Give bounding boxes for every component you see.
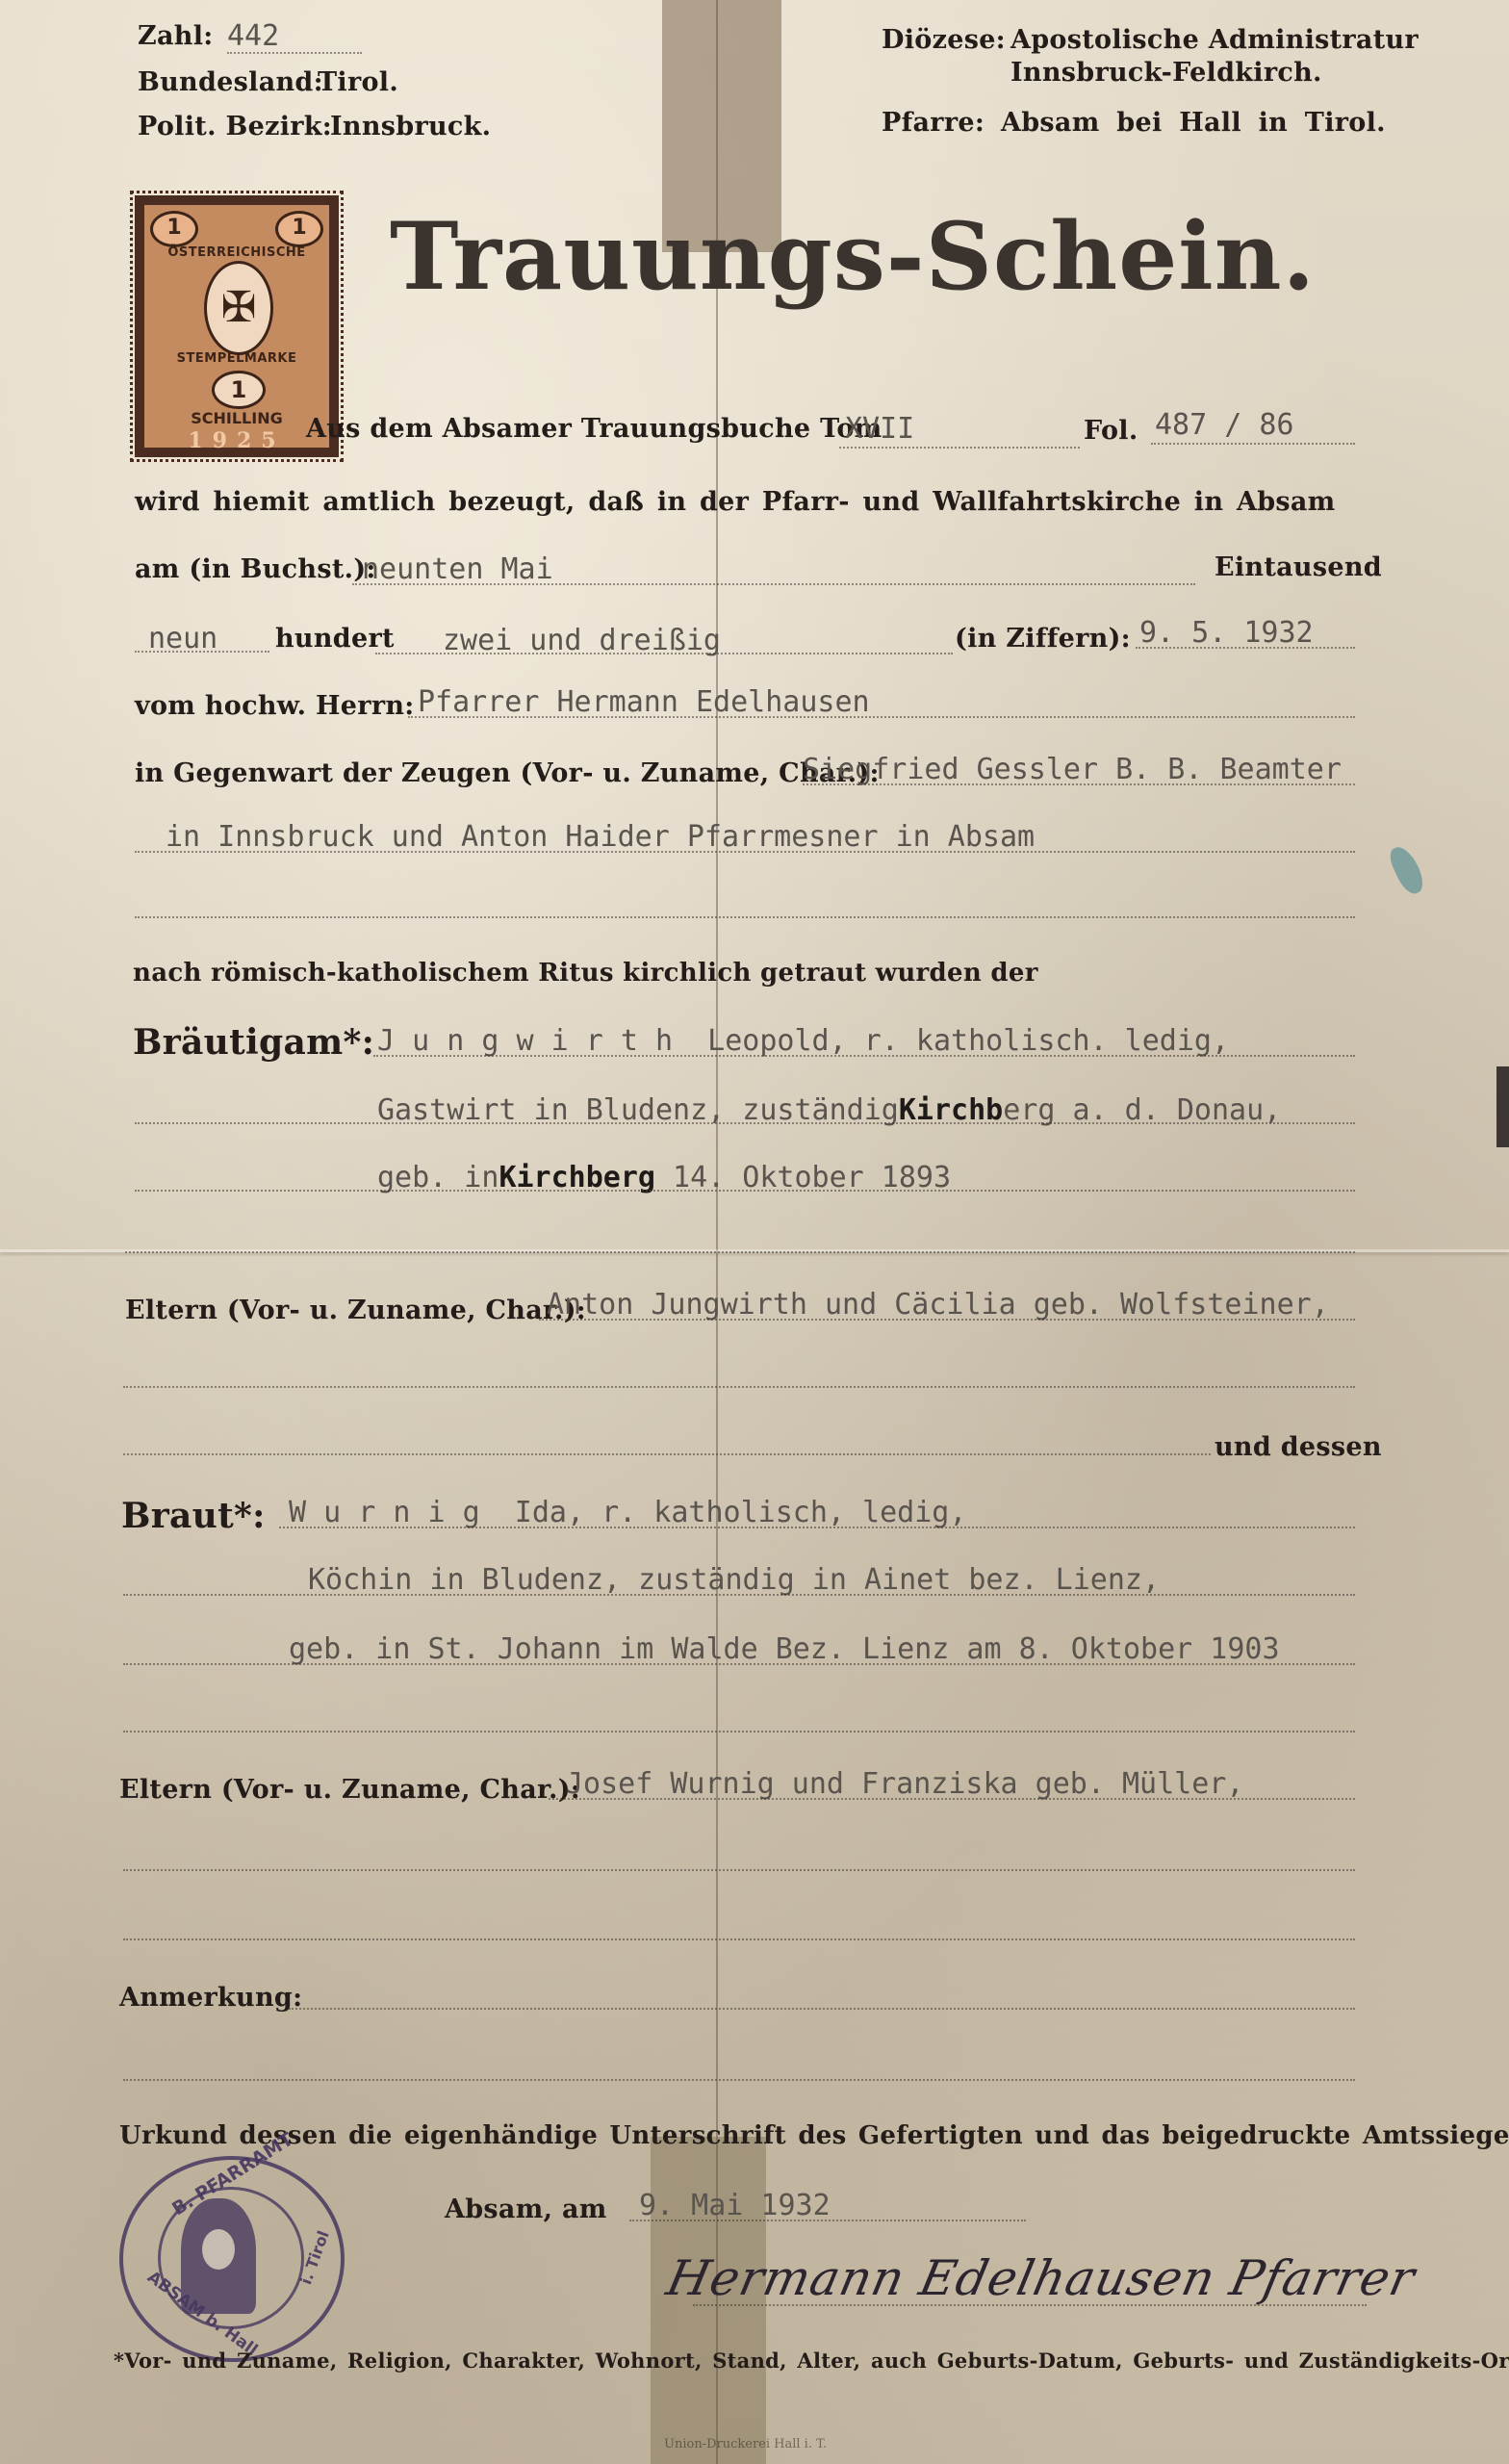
stamp-text-top: ÖSTERREICHISCHE xyxy=(144,245,329,260)
stamp-text-bottom: STEMPELMARKE xyxy=(144,351,329,366)
bride-line1: W u r n i g Ida, r. katholisch, ledig, xyxy=(289,1496,966,1529)
pfarre-label: Pfarre: xyxy=(882,108,985,138)
pfarre-value: Absam bei Hall in Tirol. xyxy=(1001,108,1386,138)
bride-dotline3 xyxy=(123,1663,1355,1665)
bride-dotline1 xyxy=(279,1527,1355,1528)
printer-mark: Union-Druckerei Hall i. T. xyxy=(664,2437,827,2451)
bundesland-label: Bundesland: xyxy=(138,67,323,97)
footnote: *Vor- und Zuname, Religion, Charakter, W… xyxy=(114,2348,1509,2373)
witnesses-line1: Siegfried Gessler B. B. Beamter xyxy=(803,753,1342,786)
anmerkung-label: Anmerkung: xyxy=(119,1983,302,2013)
fol-value: 487 / 86 xyxy=(1155,408,1294,442)
bezirk-label: Polit. Bezirk: xyxy=(138,112,332,141)
tom-value: XVII xyxy=(845,412,914,446)
anmerkung-line2 xyxy=(123,2079,1355,2081)
document-title: Trauungs-Schein. xyxy=(390,202,1316,311)
rite-line: nach römisch-katholischem Ritus kirchlic… xyxy=(133,959,1038,988)
groom-parents-line2 xyxy=(123,1386,1355,1388)
groom-dotline4 xyxy=(125,1251,1355,1253)
attest-line: wird hiemit amtlich bezeugt, daß in der … xyxy=(135,487,1336,517)
eagle-icon: ✠ xyxy=(204,261,273,355)
zahl-line xyxy=(227,52,362,54)
bezirk-value: Innsbruck. xyxy=(330,112,491,141)
bride-label: Braut*: xyxy=(121,1496,266,1536)
stamp-corner-right: 1 xyxy=(275,211,323,247)
witnesses-label: in Gegenwart der Zeugen (Vor- u. Zuname,… xyxy=(135,758,880,788)
place-date-value: 9. Mai 1932 xyxy=(639,2189,831,2222)
bride-parents-line xyxy=(549,1798,1355,1800)
place-date-line xyxy=(629,2220,1026,2221)
dioezese-line1: Apostolische Administratur xyxy=(1010,25,1419,55)
und-dessen-label: und dessen xyxy=(1215,1432,1382,1462)
officiant-label: vom hochw. Herrn: xyxy=(135,691,415,721)
anmerkung-line1 xyxy=(289,2008,1355,2010)
edge-shadow xyxy=(1496,1066,1509,1147)
groom-line1: J u n g w i r t h Leopold, r. katholisch… xyxy=(377,1024,1229,1058)
witnesses-line2: in Innsbruck und Anton Haider Pfarrmesne… xyxy=(166,820,1035,854)
tom-line xyxy=(839,447,1080,449)
bride-line3: geb. in St. Johann im Walde Bez. Lienz a… xyxy=(289,1632,1280,1666)
bride-parents-value: Josef Wurnig und Franziska geb. Müller, xyxy=(566,1767,1243,1801)
officiant-line xyxy=(408,716,1355,718)
date-digits-label: (in Ziffern): xyxy=(955,624,1131,654)
groom-parents-value: Anton Jungwirth und Cäcilia geb. Wolfste… xyxy=(547,1288,1329,1322)
bundesland-value: Tirol. xyxy=(318,67,398,97)
dioezese-label: Diözese: xyxy=(882,25,1006,55)
date-digits-line xyxy=(1136,647,1355,649)
eintausend-label: Eintausend xyxy=(1215,552,1382,582)
fol-label: Fol. xyxy=(1084,416,1138,446)
priest-signature: Hermann Edelhausen Pfarrer xyxy=(662,2250,1420,2306)
date-words-label: am (in Buchst.): xyxy=(135,554,376,584)
stamp-denomination: 1 xyxy=(212,371,266,409)
signature-line xyxy=(693,2304,1367,2306)
bride-parents-line2 xyxy=(123,1869,1355,1871)
witnesses-dotline2 xyxy=(135,851,1355,853)
year-rest-line xyxy=(375,653,953,654)
groom-parents-line3 xyxy=(123,1453,1211,1455)
witnesses-dotline1 xyxy=(803,783,1355,785)
bride-parents-line3 xyxy=(123,1938,1355,1940)
madonna-face xyxy=(202,2229,235,2270)
bride-parents-label: Eltern (Vor- u. Zuname, Char.): xyxy=(119,1775,580,1805)
register-prefix: Aus dem Absamer Trauungsbuche Tom xyxy=(306,414,882,444)
vertical-fold-line xyxy=(716,0,718,2464)
groom-parents-label: Eltern (Vor- u. Zuname, Char.): xyxy=(125,1296,586,1325)
stamp-currency: SCHILLING xyxy=(144,409,329,427)
date-digits-value: 9. 5. 1932 xyxy=(1139,616,1314,650)
groom-parents-line xyxy=(539,1319,1355,1321)
bride-dotline2 xyxy=(123,1594,1355,1596)
bride-dotline4 xyxy=(123,1731,1355,1732)
groom-dotline2 xyxy=(135,1122,1355,1124)
fol-line xyxy=(1151,443,1355,445)
place-label: Absam, am xyxy=(445,2194,607,2224)
year-hundreds-line xyxy=(135,651,269,653)
date-words-value: neunten Mai xyxy=(362,552,553,586)
groom-dotline3 xyxy=(135,1190,1355,1192)
groom-dotline1 xyxy=(373,1055,1355,1057)
dioezese-line2: Innsbruck-Feldkirch. xyxy=(1010,58,1322,88)
date-words-line xyxy=(352,583,1195,585)
witnesses-dotline3 xyxy=(135,916,1355,918)
officiant-value: Pfarrer Hermann Edelhausen xyxy=(418,685,870,719)
bride-line2: Köchin in Bludenz, zuständig in Ainet be… xyxy=(308,1563,1160,1597)
closing-statement: Urkund dessen die eigenhändige Unterschr… xyxy=(119,2121,1509,2150)
parish-seal: B. PFARRAMT ABSAM b. Hall i. Tirol xyxy=(119,2156,345,2362)
zahl-label: Zahl: xyxy=(138,21,214,51)
hundert-label: hundert xyxy=(275,624,395,654)
stamp-year: 1925 xyxy=(144,428,329,453)
zahl-value: 442 xyxy=(227,19,279,53)
stamp-corner-left: 1 xyxy=(150,211,198,247)
groom-label: Bräutigam*: xyxy=(133,1022,374,1063)
